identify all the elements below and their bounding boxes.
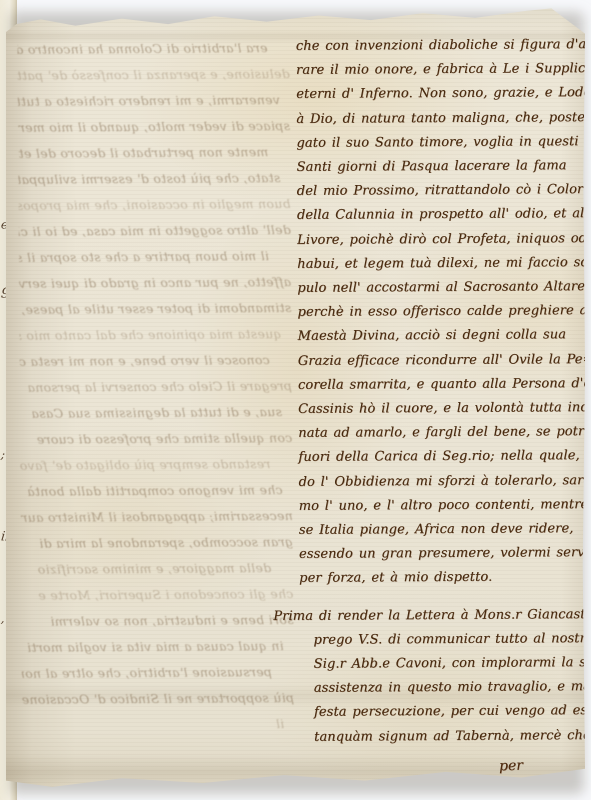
letter-paragraph-1: che con invenzioni diaboliche si figura … — [296, 33, 591, 591]
manuscript-line: eterni d' Inferno. Non sono, grazie, e L… — [296, 82, 588, 108]
letter-body: che con invenzioni diaboliche si figura … — [296, 33, 591, 750]
manuscript-line: fuori della Carica di Seg.rio; nella qua… — [298, 445, 590, 471]
bleedthrough-line: stimandomi di poter esser utile al paese… — [19, 295, 291, 323]
bleedthrough-line: delusione, e speranza il confessò de' pa… — [18, 61, 290, 89]
manuscript-line: habui, et legem tuà dilexi, ne mi faccio… — [297, 251, 589, 277]
manuscript-line: nata ad amarlo, e fargli del bene, se po… — [298, 420, 590, 446]
manuscript-line: festa persecuzione, per cui vengo ad ess… — [314, 700, 591, 726]
manuscript-line: che con invenzioni diaboliche si figura … — [296, 33, 588, 59]
manuscript-line: rare il mio onore, e fabrica à Le i Supp… — [296, 57, 588, 83]
bleedthrough-line: mente non perturbato il decoro del etern… — [18, 139, 290, 167]
bleedthrough-line: pregare il Cielo che conservi la persona — [20, 373, 292, 401]
verso-bleedthrough-text: era l'arbitrio di Colonna ha incontro d'… — [17, 35, 294, 773]
manuscript-sheet: era l'arbitrio di Colonna ha incontro d'… — [6, 6, 585, 794]
manuscript-line: Livore, poichè dirò col Profeta, iniquos… — [297, 227, 589, 253]
bleedthrough-line: sua, e di tutta la degnissima sua Casa — [20, 399, 292, 427]
manuscript-line: della Calunnia in prospetto all' odio, e… — [297, 203, 589, 229]
bleedthrough-line: persuasione l'arbitrio, che oltre al non… — [22, 659, 294, 687]
manuscript-line: Prima di render la Lettera à Mons.r Gian… — [273, 603, 591, 629]
manuscript-line: Santi giorni di Pasqua lacerare la fama — [297, 154, 589, 180]
bleedthrough-line: con quella stima che professo di cuore — [20, 425, 292, 453]
manuscript-line: essendo un gran presumere, volermi servi… — [299, 541, 591, 567]
manuscript-line: Grazia efficace ricondurre all' Ovile la… — [298, 348, 590, 374]
bleedthrough-line: questa mia opinione che dal canto mio si — [19, 321, 291, 349]
bleedthrough-line: dell' altro soggetto in mia casa, ed io … — [19, 217, 291, 245]
bleedthrough-line: gran soccombo, sperandone la mira di — [21, 529, 293, 557]
bleedthrough-line: che mi vengono compartiti dalla bontà — [21, 477, 293, 505]
bleedthrough-line: che gli concedono i Superiori, Morte e — [21, 581, 293, 609]
manuscript-line: Cassinis hò il cuore, e la volontà tutta… — [298, 396, 590, 422]
bleedthrough-line: era l'arbitrio di Colonna ha incontro d'… — [17, 35, 289, 63]
manuscript-line: perchè in esso offerisco calde preghiere… — [297, 299, 589, 325]
bleedthrough-line: necessarimi; appagandosi il Ministro aur… — [21, 503, 293, 531]
catchword: per — [476, 757, 547, 775]
manuscript-line: per forza, et à mio dispetto. — [299, 566, 591, 592]
bleedthrough-line: sori bene e industria, non so valermi — [21, 607, 293, 635]
manuscript-line: prego V.S. di communicar tutto al nostro — [313, 627, 591, 653]
manuscript-line: mo l' uno, e l' altro poco contenti, men… — [299, 493, 591, 519]
bleedthrough-line: conosce il vero bene, e non mi resta che — [20, 347, 292, 375]
manuscript-line: se Italia piange, Africa non deve ridere… — [299, 517, 591, 543]
bleedthrough-line: stato, che più tosto d' essermi sviluppa… — [18, 165, 290, 193]
bleedthrough-line: venerarmi, e mi rendero richiesto a tutt… — [18, 87, 290, 115]
letter-paragraph-2: Prima di render la Lettera à Mons.r Gian… — [299, 603, 591, 750]
manuscript-line: Sig.r Abb.e Cavoni, con implorarmi la su… — [314, 651, 591, 677]
manuscript-line: assistenza in questo mio travaglio, e ma… — [314, 675, 591, 701]
manuscript-line: pulo nell' accostarmi al Sacrosanto Alta… — [297, 275, 589, 301]
bleedthrough-line: più sopportare ne il Sindico d' Occasion… — [22, 685, 294, 713]
manuscript-line: Maestà Divina, acciò si degni colla sua — [298, 324, 590, 350]
bleedthrough-line: in qual causa a mia vita si voglia morti — [22, 633, 294, 661]
manuscript-line: del mio Prossimo, ritrattandolo cò i Col… — [297, 178, 589, 204]
manuscript-line: corella smarrita, e quanto alla Persona … — [298, 372, 590, 398]
bleedthrough-line: restando sempre più obligato de' favori — [20, 451, 292, 479]
manuscript-line: gato il suo Santo timore, voglia in ques… — [296, 130, 588, 156]
bleedthrough-line: spiace di veder molto, quando il mio mer… — [18, 113, 290, 141]
manuscript-line: à Dio, di natura tanto maligna, che, pos… — [296, 106, 588, 132]
bleedthrough-line: della maggiore, e minimo sacrifizio — [21, 555, 293, 583]
bleedthrough-line: buon meglio in occasioni, che mia propos… — [19, 191, 291, 219]
bleedthrough-line: il mio buon partire a che sto sopra il s… — [19, 243, 291, 271]
bleedthrough-line: affetto, ne pur anco in grado di quei se… — [19, 269, 291, 297]
manuscript-line: tanquàm signum ad Tabernà, mercè chè se — [314, 724, 591, 750]
manuscript-line: do l' Obbidienza mi sforzi à tolerarlo, … — [298, 469, 590, 495]
bleedthrough-line: il — [22, 711, 294, 739]
